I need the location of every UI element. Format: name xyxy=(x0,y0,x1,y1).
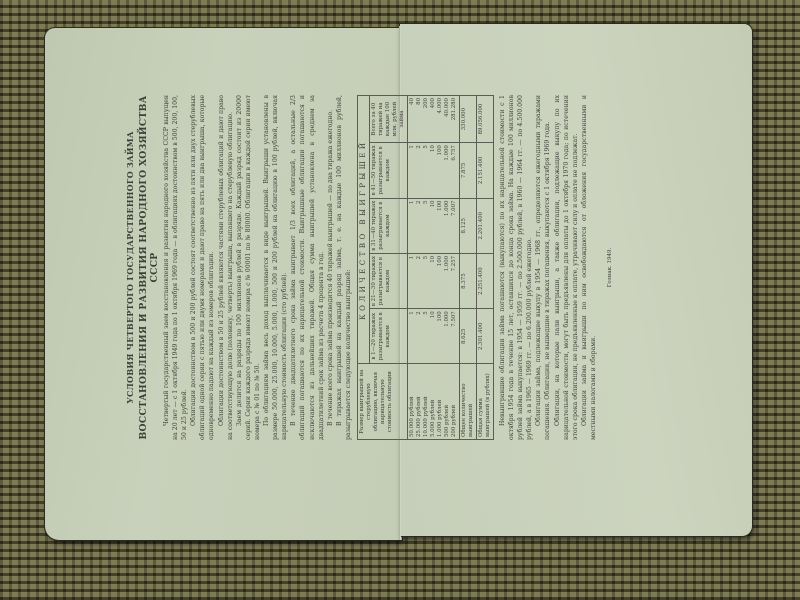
table-cell-line: 40.000 xyxy=(444,98,451,140)
table-cell-line: 80 xyxy=(416,98,423,140)
table-cell-line: 100 xyxy=(437,256,444,306)
paragraph: Четвертый государственный заем восстанов… xyxy=(162,95,189,440)
total-count-value: 7.875 xyxy=(459,143,476,198)
paragraph: Облигации достоинством в 500 и 200 рубле… xyxy=(189,95,216,440)
paragraph: В течение всего срока займа производится… xyxy=(326,95,335,440)
table-cell-line: 1 xyxy=(409,256,416,306)
paragraph: По облигациям займа весь доход выплачива… xyxy=(262,95,289,440)
column-header: в 21—30 тиражах разыгрывается в каждом xyxy=(369,253,407,308)
prize-labels-cell: 50.000 рублей25.000 рублей10.000 рублей5… xyxy=(407,364,459,440)
table-cell-line: 1 xyxy=(409,201,416,251)
prizes-table: Размер выигрышей на стерублевую облигаци… xyxy=(357,95,494,440)
title-line-2: ВОССТАНОВЛЕНИЯ И РАЗВИТИЯ НАРОДНОГО ХОЗЯ… xyxy=(138,95,160,440)
table-cell-line: 5 xyxy=(423,145,430,195)
table-cell-line: 2 xyxy=(416,311,423,361)
table-cell-line: 1 xyxy=(409,311,416,361)
table-cell-line: 10 xyxy=(430,201,437,251)
table-cell-line: 5.000 рублей xyxy=(430,366,437,437)
total-count-value: 8.125 xyxy=(459,198,476,253)
prize-values-cell: 125101001.0007.007 xyxy=(407,198,459,253)
table-cell-line: 400 xyxy=(430,98,437,140)
table-cell-line: 1.000 xyxy=(444,256,451,306)
paragraph: Облигации займа и выигрыши по ним освобо… xyxy=(580,95,598,440)
table-cell-line: 4.000 xyxy=(437,98,444,140)
paragraph: Облигации, на которые пали выигрыши, а т… xyxy=(553,95,580,440)
table-cell-line: 50.000 рублей xyxy=(409,366,416,437)
paragraph: В течение двадцатилетнего срока займа вы… xyxy=(289,95,325,440)
table-cell-line: 1.000 xyxy=(444,201,451,251)
paragraph: Невыигравшие облигации займа погашаются … xyxy=(498,95,534,440)
group-header: КОЛИЧЕСТВО ВЫИГРЫШЕЙ xyxy=(357,96,369,364)
total-count-value: 8.625 xyxy=(459,309,476,364)
column-header: в 1—20 тиражах разыгрывается в каждом xyxy=(369,309,407,364)
table-cell-line: 7.507 xyxy=(451,311,458,361)
prize-values-cell: 40802004004.00040.000281.280 xyxy=(407,96,459,143)
table-cell-line: 5 xyxy=(423,256,430,306)
table-cell-line: 200 рублей xyxy=(451,366,458,437)
total-count-value: 330.000 xyxy=(459,96,476,143)
table-cell-line: 5 xyxy=(423,311,430,361)
table-cell-line: 6.757 xyxy=(451,145,458,195)
paragraph: Облигации достоинством в 50 и 25 рублей … xyxy=(217,95,235,440)
table-cell-line: 7.007 xyxy=(451,201,458,251)
title-line-1: УСЛОВИЯ ЧЕТВЕРТОГО ГОСУДАРСТВЕННОГО ЗАЙМ… xyxy=(125,95,136,440)
total-sum-label: Общая сумма выигрышей (в рублях) xyxy=(476,364,493,440)
total-sum-value: 2.251.400 xyxy=(476,253,493,308)
table-cell-line: 1 xyxy=(409,145,416,195)
table-cell-line: 281.280 xyxy=(451,98,458,140)
table-cell-line: 40 xyxy=(409,98,416,140)
table-cell-line: 10.000 рублей xyxy=(423,366,430,437)
table-cell-line: 10 xyxy=(430,311,437,361)
table-cell-line: 10 xyxy=(430,145,437,195)
prize-values-cell: 125101001.0007.257 xyxy=(407,253,459,308)
paragraph: В тиражах выигрышей на каждый разряд зай… xyxy=(335,95,353,440)
printer-imprint: Гознак. 1949. xyxy=(606,95,615,440)
column-header: в 31—40 тиражах разыгрывается в каждом xyxy=(369,198,407,253)
table-cell-line: 25.000 рублей xyxy=(416,366,423,437)
table-cell-line: 1.000 рублей xyxy=(437,366,444,437)
total-count-value: 8.375 xyxy=(459,253,476,308)
table-cell-line: 500 рублей xyxy=(444,366,451,437)
table-cell-line: 1.000 xyxy=(444,311,451,361)
total-sum-value: 2.201.400 xyxy=(476,198,493,253)
loan-conditions-text: УСЛОВИЯ ЧЕТВЕРТОГО ГОСУДАРСТВЕННОГО ЗАЙМ… xyxy=(125,95,715,440)
table-cell-line: 2 xyxy=(416,145,423,195)
prize-values-cell: 125101001.0006.757 xyxy=(407,143,459,198)
total-sum-value: 89.056.000 xyxy=(476,96,493,143)
table-cell-line: 10 xyxy=(430,256,437,306)
table-cell-line: 100 xyxy=(437,201,444,251)
table-cell-line: 7.257 xyxy=(451,256,458,306)
table-cell-line: 100 xyxy=(437,311,444,361)
table-cell-line: 2 xyxy=(416,256,423,306)
table-cell-line: 2 xyxy=(416,201,423,251)
paragraph: Заем делится на разряды по 100 миллионов… xyxy=(235,95,262,440)
corner-header: Размер выигрышей на стерублевую облигаци… xyxy=(357,364,407,440)
table-cell-line: 200 xyxy=(423,98,430,140)
total-sum-value: 2.301.400 xyxy=(476,309,493,364)
table-cell-line: 1.000 xyxy=(444,145,451,195)
table-row-total-sum: Общая сумма выигрышей (в рублях) 2.301.4… xyxy=(476,96,493,440)
total-sum-value: 2.151.400 xyxy=(476,143,493,198)
column-header: Всего за 40 тиражей на каждые 100 млн. р… xyxy=(369,96,407,143)
table-cell-line: 100 xyxy=(437,145,444,195)
table-row-prizes: 50.000 рублей25.000 рублей10.000 рублей5… xyxy=(407,96,459,440)
table-row-total-count: Общее количество выигрышей 8.625 8.375 8… xyxy=(459,96,476,440)
prize-values-cell: 125101001.0007.507 xyxy=(407,309,459,364)
table-cell-line: 5 xyxy=(423,201,430,251)
paragraph: Облигации займа, подлежащие выкупу в 195… xyxy=(534,95,552,440)
column-header: в 41—50 тиражах разыгрывается в каждом xyxy=(369,143,407,198)
total-count-label: Общее количество выигрышей xyxy=(459,364,476,440)
